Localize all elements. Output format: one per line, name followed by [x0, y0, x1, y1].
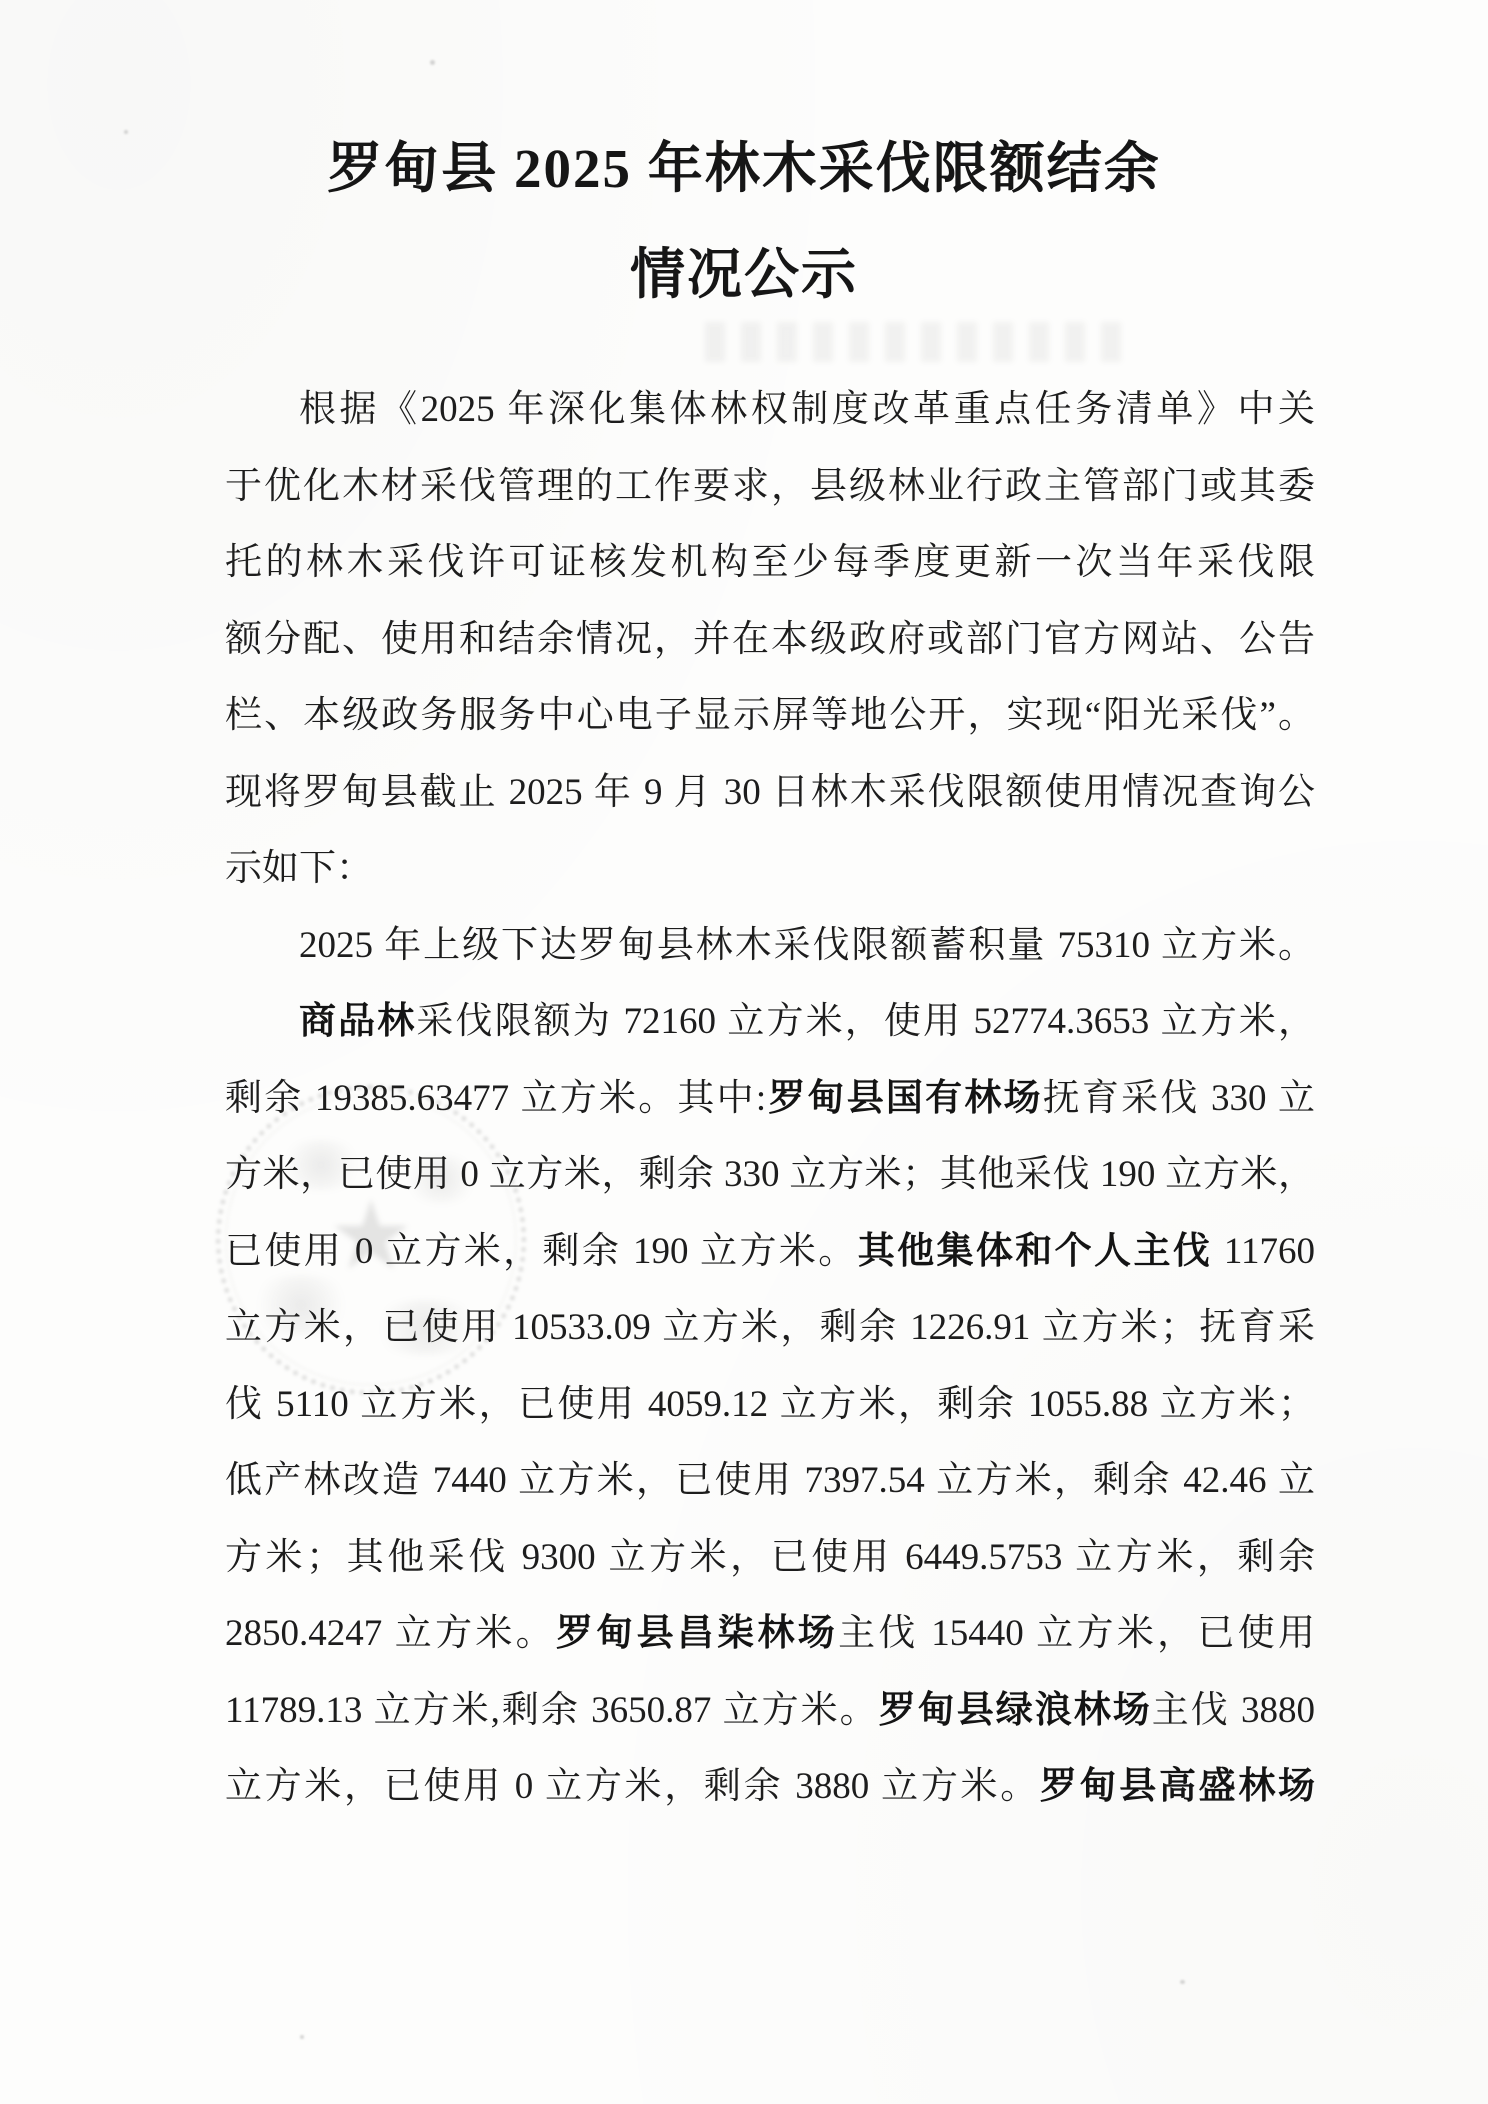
body-text-segment: 栏、本级政务服务中心电子显示屏等地公开，实现“阳光采伐”。 — [225, 695, 1315, 736]
emphasized-text: 罗甸县高盛林场 — [1040, 1766, 1315, 1807]
body-line: 方米，已使用 0 立方米，剩余 330 立方米；其他采伐 190 立方米， — [225, 1137, 1315, 1214]
body-text-segment: 根据《2025 年深化集体林权制度改革重点任务清单》中关 — [299, 389, 1315, 430]
body-line: 于优化木材采伐管理的工作要求，县级林业行政主管部门或其委 — [225, 449, 1315, 526]
body-line: 11789.13 立方米,剩余 3650.87 立方米。罗甸县绿浪林场主伐 38… — [225, 1673, 1315, 1750]
emphasized-text: 罗甸县国有林场 — [766, 1078, 1043, 1119]
scan-speck — [430, 60, 435, 65]
body-line: 示如下： — [225, 831, 1315, 908]
body-line: 2850.4247 立方米。罗甸县昌柒林场主伐 15440 立方米，已使用 — [225, 1596, 1315, 1673]
document-title: 罗甸县 2025 年林木采伐限额结余 情况公示 — [0, 116, 1488, 328]
body-line: 根据《2025 年深化集体林权制度改革重点任务清单》中关 — [225, 372, 1315, 449]
body-line: 立方米，已使用 0 立方米，剩余 3880 立方米。罗甸县高盛林场 — [225, 1749, 1315, 1826]
body-text-segment: 现将罗甸县截止 2025 年 9 月 30 日林木采伐限额使用情况查询公 — [225, 772, 1315, 813]
body-text-segment: 11789.13 立方米,剩余 3650.87 立方米。 — [225, 1690, 879, 1731]
body-line: 低产林改造 7440 立方米，已使用 7397.54 立方米，剩余 42.46 … — [225, 1443, 1315, 1520]
body-text-segment: 方米，已使用 0 立方米，剩余 330 立方米；其他采伐 190 立方米， — [225, 1154, 1315, 1195]
body-text-segment: 11760 — [1212, 1231, 1315, 1272]
scan-speck — [300, 2035, 304, 2039]
body-text-segment: 托的林木采伐许可证核发机构至少每季度更新一次当年采伐限 — [225, 542, 1315, 583]
body-text-segment: 额分配、使用和结余情况，并在本级政府或部门官方网站、公告 — [225, 619, 1315, 660]
body-text-segment: 立方米，已使用 0 立方米，剩余 3880 立方米。 — [225, 1766, 1040, 1807]
body-text-segment: 伐 5110 立方米，已使用 4059.12 立方米，剩余 1055.88 立方… — [225, 1384, 1315, 1425]
body-line: 剩余 19385.63477 立方米。其中:罗甸县国有林场抚育采伐 330 立 — [225, 1061, 1315, 1138]
emphasized-text: 罗甸县绿浪林场 — [879, 1690, 1152, 1731]
body-line: 商品林采伐限额为 72160 立方米，使用 52774.3653 立方米， — [225, 984, 1315, 1061]
body-text-segment: 立方米，已使用 10533.09 立方米，剩余 1226.91 立方米；抚育采 — [225, 1307, 1315, 1348]
title-line-2: 情况公示 — [0, 222, 1488, 328]
title-line-1: 罗甸县 2025 年林木采伐限额结余 — [0, 116, 1488, 222]
body-text-segment: 采伐限额为 72160 立方米，使用 52774.3653 立方米， — [416, 1001, 1315, 1042]
body-text-segment: 剩余 19385.63477 立方米。其中: — [225, 1078, 766, 1119]
emphasized-text: 商品林 — [299, 1001, 416, 1042]
body-line: 托的林木采伐许可证核发机构至少每季度更新一次当年采伐限 — [225, 525, 1315, 602]
body-text-segment: 于优化木材采伐管理的工作要求，县级林业行政主管部门或其委 — [225, 466, 1315, 507]
scan-speck — [1180, 1980, 1185, 1984]
body-line: 伐 5110 立方米，已使用 4059.12 立方米，剩余 1055.88 立方… — [225, 1367, 1315, 1444]
body-text-segment: 已使用 0 立方米，剩余 190 立方米。 — [225, 1231, 858, 1272]
body-text-segment: 主伐 3880 — [1152, 1690, 1315, 1731]
document-page: 罗甸县 2025 年林木采伐限额结余 情况公示 ★ 根据《2025 年深化集体林… — [0, 0, 1488, 2104]
body-text-segment: 示如下： — [225, 848, 373, 889]
body-text-segment: 主伐 15440 立方米，已使用 — [838, 1613, 1315, 1654]
body-line: 立方米，已使用 10533.09 立方米，剩余 1226.91 立方米；抚育采 — [225, 1290, 1315, 1367]
body-line: 2025 年上级下达罗甸县林木采伐限额蓄积量 75310 立方米。 — [225, 908, 1315, 985]
body-text-segment: 方米；其他采伐 9300 立方米，已使用 6449.5753 立方米，剩余 — [225, 1537, 1315, 1578]
body-text-segment: 低产林改造 7440 立方米，已使用 7397.54 立方米，剩余 42.46 … — [225, 1460, 1315, 1501]
emphasized-text: 罗甸县昌柒林场 — [556, 1613, 838, 1654]
body-text-segment: 2025 年上级下达罗甸县林木采伐限额蓄积量 75310 立方米。 — [299, 925, 1315, 966]
body-text: 根据《2025 年深化集体林权制度改革重点任务清单》中关于优化木材采伐管理的工作… — [225, 372, 1315, 1826]
emphasized-text: 其他集体和个人主伐 — [858, 1231, 1213, 1272]
body-line: 现将罗甸县截止 2025 年 9 月 30 日林木采伐限额使用情况查询公 — [225, 755, 1315, 832]
scan-bleedthrough-smudge — [705, 322, 1135, 362]
body-line: 已使用 0 立方米，剩余 190 立方米。其他集体和个人主伐 11760 — [225, 1214, 1315, 1291]
body-text-segment: 抚育采伐 330 立 — [1043, 1078, 1315, 1119]
body-line: 方米；其他采伐 9300 立方米，已使用 6449.5753 立方米，剩余 — [225, 1520, 1315, 1597]
body-line: 栏、本级政务服务中心电子显示屏等地公开，实现“阳光采伐”。 — [225, 678, 1315, 755]
body-text-segment: 2850.4247 立方米。 — [225, 1613, 556, 1654]
body-line: 额分配、使用和结余情况，并在本级政府或部门官方网站、公告 — [225, 602, 1315, 679]
